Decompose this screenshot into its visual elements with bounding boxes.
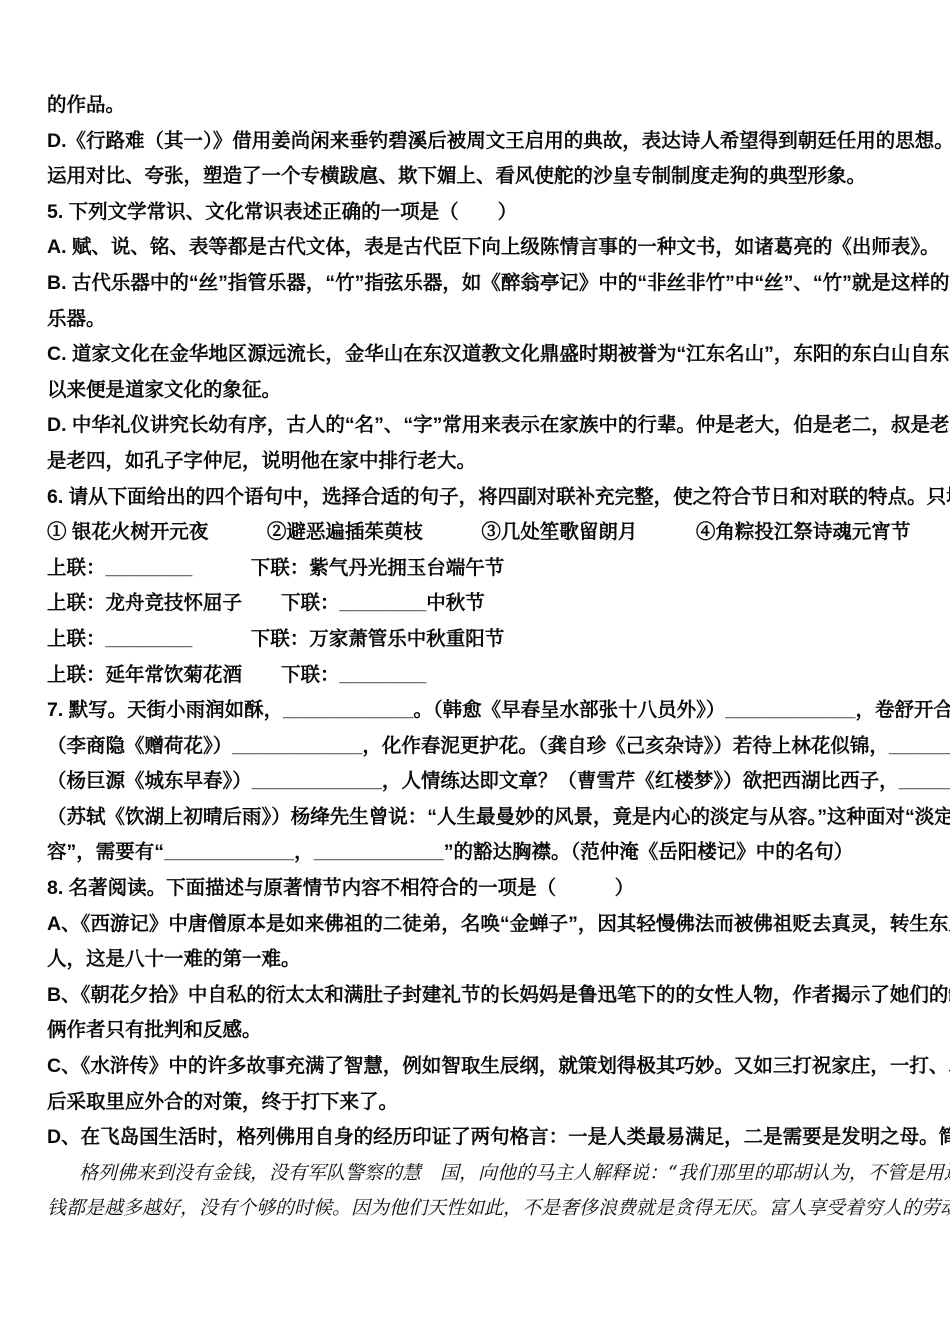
question-5-option-d: D. 中华礼仪讲究长幼有序，古人的“名”、“字”常用来表示在家族中的行辈。仲是老… <box>47 408 912 444</box>
question-8-option-a: A、《西游记》中唐僧原本是如来佛祖的二徒弟，名唤“金蝉子”，因其轻慢佛法而被佛祖… <box>47 907 912 943</box>
question-5-option-c-cont: 以来便是道家文化的象征。 <box>47 373 912 409</box>
question-5-option-c: C. 道家文化在金华地区源远流长，金华山在东汉道教文化鼎盛时期被誉为“江东名山”… <box>47 337 912 373</box>
question-8-option-a-cont: 人，这是八十一难的第一难。 <box>47 942 912 978</box>
question-7-dictation-line-1: 7. 默写。天街小雨润如酥，____________。（韩愈《早春呈水部张十八员… <box>47 693 912 729</box>
question-8-option-c: C、《水浒传》中的许多故事充满了智慧，例如智取生辰纲，就策划得极其巧妙。又如三打… <box>47 1049 912 1085</box>
text-line-fragment-end: 的作品。 <box>47 88 912 124</box>
question-7-dictation-line-4: （苏轼《饮湖上初晴后雨》）杨绛先生曾说：“人生最曼妙的风景，竟是内心的淡定与从容… <box>47 800 912 836</box>
exam-page: 的作品。 D.《行路难（其一）》借用姜尚闲来垂钓碧溪后被周文王启用的典故，表达诗… <box>0 0 950 1344</box>
question-5-option-a: A. 赋、说、铭、表等都是古代文体，表是古代臣下向上级陈情言事的一种文书，如诸葛… <box>47 230 912 266</box>
excerpt-quote-line-2: 钱都是越多越好，没有个够的时候。因为他们天性如此，不是奢侈浪费就是贪得无厌。富人… <box>47 1191 912 1227</box>
question-5-stem: 5. 下列文学常识、文化常识表述正确的一项是（ ） <box>47 195 912 231</box>
question-8-option-c-cont: 后采取里应外合的对策，终于打下来了。 <box>47 1085 912 1121</box>
question-8-option-d: D、在飞岛国生活时，格列佛用自身的经历印证了两句格言：一是人类最易满足，二是需要… <box>47 1120 912 1156</box>
question-6-couplet-3: 上联：________ 下联：万家萧管乐中秋重阳节 <box>47 622 912 658</box>
question-8-option-b-cont: 俩作者只有批判和反感。 <box>47 1013 912 1049</box>
excerpt-quote-line-1: 格列佛来到没有金钱，没有军队警察的慧 国，向他的马主人解释说：“我们那里的耶胡认… <box>47 1156 912 1192</box>
question-8-option-b: B、《朝花夕拾》中自私的衍太太和满肚子封建礼节的长妈妈是鲁迅笔下的的女性人物，作… <box>47 978 912 1014</box>
question-5-option-d-cont: 是老四，如孔子字仲尼，说明他在家中排行老大。 <box>47 444 912 480</box>
question-6-couplet-4: 上联：延年常饮菊花酒 下联：________ <box>47 658 912 694</box>
question-7-dictation-line-2: （李商隐《赠荷花》）____________，化作春泥更护花。（龚自珍《己亥杂诗… <box>47 729 912 765</box>
text-line-option-d-q4-cont: 运用对比、夸张，塑造了一个专横跋扈、欺下媚上、看风使舵的沙皇专制制度走狗的典型形… <box>47 159 912 195</box>
exam-text-body: 的作品。 D.《行路难（其一）》借用姜尚闲来垂钓碧溪后被周文王启用的典故，表达诗… <box>47 88 912 1227</box>
question-8-stem: 8. 名著阅读。下面描述与原著情节内容不相符合的一项是（ ） <box>47 871 912 907</box>
question-7-dictation-line-3: （杨巨源《城东早春》）____________，人情练达即文章？（曹雪芹《红楼梦… <box>47 764 912 800</box>
text-line-option-d-q4: D.《行路难（其一）》借用姜尚闲来垂钓碧溪后被周文王启用的典故，表达诗人希望得到… <box>47 124 912 160</box>
question-7-dictation-line-5: 容”，需要有“____________，____________”的豁达胸襟。（… <box>47 835 912 871</box>
question-6-stem: 6. 请从下面给出的四个语句中，选择合适的句子，将四副对联补充完整，使之符合节日… <box>47 480 912 516</box>
question-5-option-b: B. 古代乐器中的“丝”指管乐器，“竹”指弦乐器，如《醉翁亭记》中的“非丝非竹”… <box>47 266 912 302</box>
question-6-couplet-2: 上联：龙舟竞技怀屈子 下联：________中秋节 <box>47 586 912 622</box>
question-6-couplet-1: 上联：________ 下联：紫气丹光拥玉台端午节 <box>47 551 912 587</box>
question-6-choices: ① 银花火树开元夜 ②避恶遍插茱萸枝 ③几处笙歌留朗月 ④角粽投江祭诗魂元宵节 <box>47 515 912 551</box>
question-5-option-b-cont: 乐器。 <box>47 302 912 338</box>
